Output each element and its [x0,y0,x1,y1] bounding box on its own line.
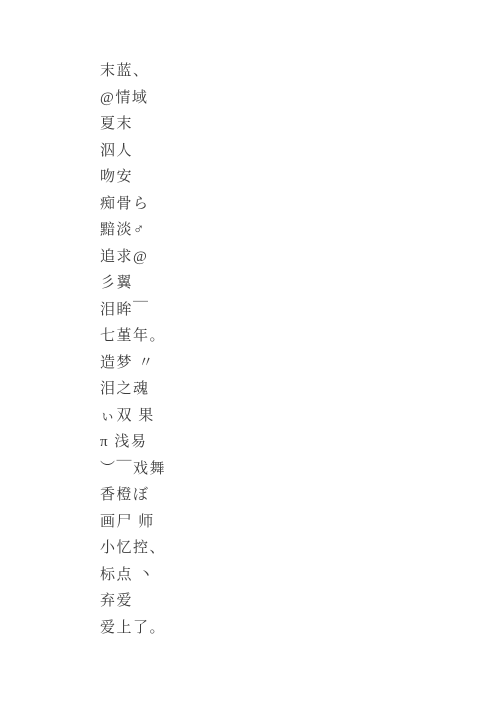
document-page: 末蓝、 @情域 夏末 泅人 吻安 痴骨ら 黯淡♂ 追求@ 彡翼 泪眸￣ 七堇年。… [0,0,500,708]
text-line: 末蓝、 [100,58,500,85]
text-line: 小忆控、 [100,535,500,562]
text-line: 追求@ [100,244,500,271]
text-line: 泪眸￣ [100,297,500,324]
text-line: 泅人 [100,138,500,165]
text-line: 香橙ぼ [100,482,500,509]
text-line: 泪之魂 [100,376,500,403]
text-line: ︶￣戏舞 [100,456,500,483]
text-line: 吻安 [100,164,500,191]
text-line: 造梦 〃 [100,350,500,377]
text-line: ぃ双 果 [100,403,500,430]
text-line: 彡翼 [100,270,500,297]
text-line: 黯淡♂ [100,217,500,244]
text-line: 七堇年。 [100,323,500,350]
text-line: 夏末 [100,111,500,138]
text-line: 标点 丶 [100,562,500,589]
text-line: 弃爱 [100,588,500,615]
nickname-list: 末蓝、 @情域 夏末 泅人 吻安 痴骨ら 黯淡♂ 追求@ 彡翼 泪眸￣ 七堇年。… [100,58,500,641]
text-line: 爱上了。 [100,615,500,642]
text-line: π 浅易 [100,429,500,456]
text-line: @情域 [100,85,500,112]
text-line: 画尸 师 [100,509,500,536]
text-line: 痴骨ら [100,191,500,218]
